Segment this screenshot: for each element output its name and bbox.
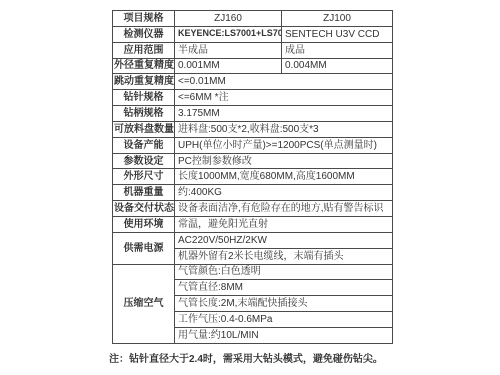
spec-value: 3.175MM <box>175 106 393 122</box>
table-header-row: 项目规格 ZJ160 ZJ100 <box>113 11 393 27</box>
spec-value-zj100: SENTECH U3V CCD <box>282 26 393 42</box>
table-row: 机器重量 约:400KG <box>113 185 393 201</box>
row-label: 外形尺寸 <box>113 169 175 185</box>
spec-table: 项目规格 ZJ160 ZJ100 检测仪器 KEYENCE:LS7001+LS7… <box>112 10 393 344</box>
spec-value: <=0.01MM <box>175 74 393 90</box>
spec-value-zj160: 0.001MM <box>175 58 282 74</box>
row-label: 使用环境 <box>113 216 175 232</box>
spec-value: 气管颜色:白色透明 <box>175 264 393 280</box>
table-row: 设备交付状态 设备表面洁净,有危险存在的地方,贴有警告标识 <box>113 201 393 217</box>
row-label: 可放料盘数量 <box>113 121 175 137</box>
row-label: 机器重量 <box>113 185 175 201</box>
header-item-spec: 项目规格 <box>113 11 175 27</box>
header-model-zj160: ZJ160 <box>175 11 282 27</box>
table-row: 供需电源 AC220V/50HZ/2KW <box>113 232 393 248</box>
table-row: 跳动重复精度 <=0.01MM <box>113 74 393 90</box>
spec-value: 气管长度:2M,末端配快插接头 <box>175 296 393 312</box>
table-row: 外径重复精度 0.001MM 0.004MM <box>113 58 393 74</box>
row-label: 设备产能 <box>113 137 175 153</box>
row-label: 检测仪器 <box>113 26 175 42</box>
table-row: 检测仪器 KEYENCE:LS7001+LS7010 SENTECH U3V C… <box>113 26 393 42</box>
spec-value: 设备表面洁净,有危险存在的地方,贴有警告标识 <box>175 201 393 217</box>
row-label: 钻针规格 <box>113 90 175 106</box>
spec-value: 进料盘:500支*2,收料盘:500支*3 <box>175 121 393 137</box>
spec-value-zj160: KEYENCE:LS7001+LS7010 <box>175 26 282 42</box>
table-row: 外形尺寸 长度1000MM,宽度680MM,高度1600MM <box>113 169 393 185</box>
spec-value: PC控制参数修改 <box>175 153 393 169</box>
table-row: 参数设定 PC控制参数修改 <box>113 153 393 169</box>
row-label: 应用范围 <box>113 42 175 58</box>
table-row: 压缩空气 气管颜色:白色透明 <box>113 264 393 280</box>
table-row: 应用范围 半成品 成品 <box>113 42 393 58</box>
row-label: 设备交付状态 <box>113 201 175 217</box>
row-label-power-supply: 供需电源 <box>113 232 175 264</box>
table-row: 可放料盘数量 进料盘:500支*2,收料盘:500支*3 <box>113 121 393 137</box>
spec-value: 约:400KG <box>175 185 393 201</box>
spec-value-zj100: 成品 <box>282 42 393 58</box>
spec-value: AC220V/50HZ/2KW <box>175 232 393 248</box>
spec-value: 用气量:约10L/MIN <box>175 327 393 343</box>
table-row: 设备产能 UPH(单位小时产量)>=1200PCS(单点测量时) <box>113 137 393 153</box>
spec-value: <=6MM *注 <box>175 90 393 106</box>
row-label-compressed-air: 压缩空气 <box>113 264 175 343</box>
spec-sheet-page: 项目规格 ZJ160 ZJ100 检测仪器 KEYENCE:LS7001+LS7… <box>0 0 500 375</box>
header-model-zj100: ZJ100 <box>282 11 393 27</box>
spec-value-zj100: 0.004MM <box>282 58 393 74</box>
table-row: 使用环境 常温，避免阳光直射 <box>113 216 393 232</box>
spec-value-zj160: 半成品 <box>175 42 282 58</box>
row-label: 外径重复精度 <box>113 58 175 74</box>
spec-value: 常温，避免阳光直射 <box>175 216 393 232</box>
spec-value: UPH(单位小时产量)>=1200PCS(单点测量时) <box>175 137 393 153</box>
table-row: 钻柄规格 3.175MM <box>113 106 393 122</box>
spec-value: 气管直径:8MM <box>175 280 393 296</box>
spec-value: 长度1000MM,宽度680MM,高度1600MM <box>175 169 393 185</box>
spec-value: 机器外留有2米长电缆线，末端有插头 <box>175 248 393 264</box>
row-label: 钻柄规格 <box>113 106 175 122</box>
footnote: 注：钻针直径大于2.4时，需采用大钻头模式，避免碰伤钻尖。 <box>109 350 383 365</box>
spec-value: 工作气压:0.4-0.6MPa <box>175 312 393 328</box>
table-row: 钻针规格 <=6MM *注 <box>113 90 393 106</box>
row-label: 跳动重复精度 <box>113 74 175 90</box>
row-label: 参数设定 <box>113 153 175 169</box>
